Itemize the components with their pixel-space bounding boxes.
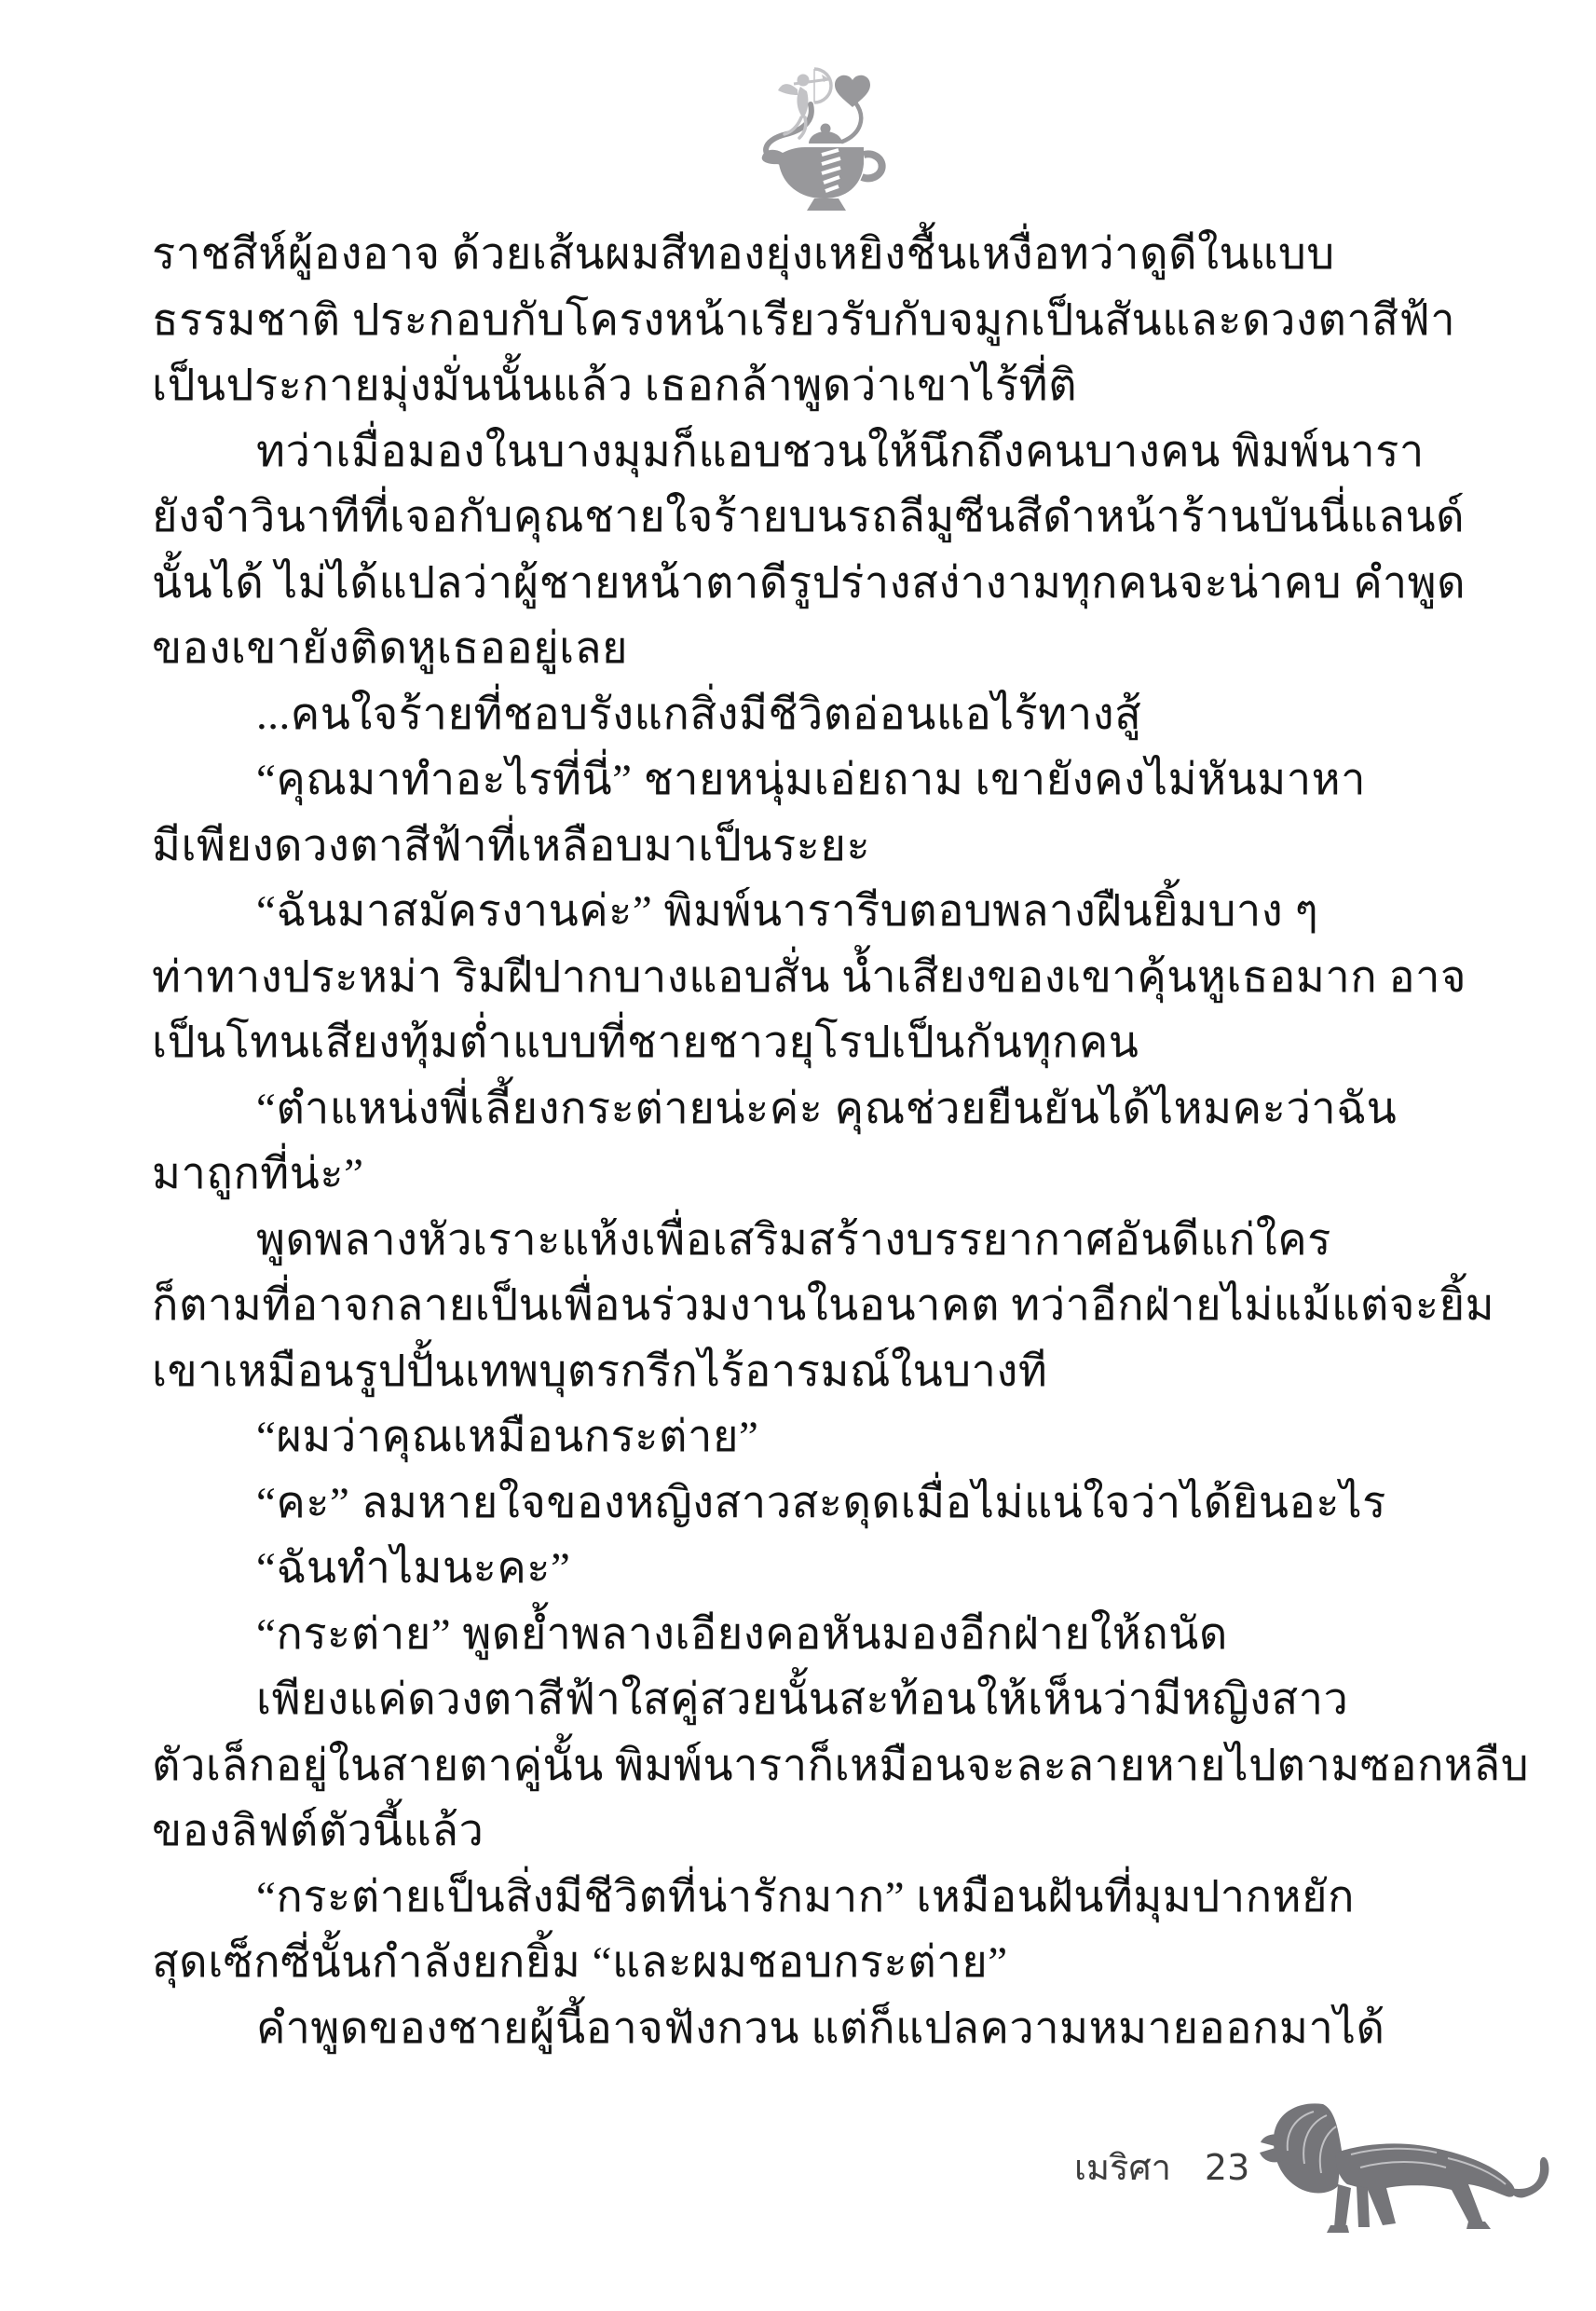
paragraph: “ผมว่าคุณเหมือนกระต่าย” xyxy=(152,1404,1458,1470)
text-line: ...คนใจร้ายที่ชอบรังแกสิ่งมีชีวิตอ่อนแอไ… xyxy=(152,682,1458,748)
text-line: สุดเซ็กซี่นั้นกำลังยกยิ้ม “และผมชอบกระต่… xyxy=(152,1930,1458,1996)
paragraph: “ฉันทำไมนะคะ” xyxy=(152,1536,1458,1602)
text-line: เขาเหมือนรูปปั้นเทพบุตรกรีกไร้อารมณ์ในบา… xyxy=(152,1339,1458,1405)
paragraph: พูดพลางหัวเราะแห้งเพื่อเสริมสร้างบรรยากา… xyxy=(152,1208,1458,1405)
paragraph: “กระต่าย” พูดย้ำพลางเอียงคอหันมองอีกฝ่าย… xyxy=(152,1602,1458,1668)
text-line: ของเขายังติดหูเธออยู่เลย xyxy=(152,616,1458,682)
book-page: ราชสีห์ผู้องอาจ ด้วยเส้นผมสีทองยุ่งเหยิง… xyxy=(0,0,1596,2311)
text-line: “ตำแหน่งพี่เลี้ยงกระต่ายน่ะค่ะ คุณช่วยยื… xyxy=(152,1076,1458,1142)
text-line: คำพูดของชายผู้นี้อาจฟังกวน แต่ก็แปลความห… xyxy=(152,1996,1458,2062)
text-line: เพียงแค่ดวงตาสีฟ้าใสคู่สวยนั้นสะท้อนให้เ… xyxy=(152,1667,1458,1733)
paragraph: “กระต่ายเป็นสิ่งมีชีวิตที่น่ารักมาก” เหม… xyxy=(152,1865,1458,1996)
text-line: “กระต่าย” พูดย้ำพลางเอียงคอหันมองอีกฝ่าย… xyxy=(152,1602,1458,1668)
paragraph: “ฉันมาสมัครงานค่ะ” พิมพ์นารารีบตอบพลางฝื… xyxy=(152,879,1458,1076)
text-line: ก็ตามที่อาจกลายเป็นเพื่อนร่วมงานในอนาคต … xyxy=(152,1273,1458,1339)
text-line: “ฉันทำไมนะคะ” xyxy=(152,1536,1458,1602)
text-line: “คุณมาทำอะไรที่นี่” ชายหนุ่มเอ่ยถาม เขาย… xyxy=(152,747,1458,814)
genie-lamp-icon xyxy=(743,58,893,221)
paragraph: เพียงแค่ดวงตาสีฟ้าใสคู่สวยนั้นสะท้อนให้เ… xyxy=(152,1667,1458,1865)
text-line: มีเพียงดวงตาสีฟ้าที่เหลือบมาเป็นระยะ xyxy=(152,814,1458,880)
text-line: “กระต่ายเป็นสิ่งมีชีวิตที่น่ารักมาก” เหม… xyxy=(152,1865,1458,1931)
paragraph: ...คนใจร้ายที่ชอบรังแกสิ่งมีชีวิตอ่อนแอไ… xyxy=(152,682,1458,748)
page-number: 23 xyxy=(1205,2147,1249,2188)
text-line: มาถูกที่น่ะ” xyxy=(152,1142,1458,1208)
paragraph: คำพูดของชายผู้นี้อาจฟังกวน แต่ก็แปลความห… xyxy=(152,1996,1458,2062)
text-line: นั้นได้ ไม่ได้แปลว่าผู้ชายหน้าตาดีรูปร่า… xyxy=(152,551,1458,617)
text-line: “ผมว่าคุณเหมือนกระต่าย” xyxy=(152,1404,1458,1470)
paragraph: ทว่าเมื่อมองในบางมุมก็แอบชวนให้นึกถึงคนบ… xyxy=(152,419,1458,682)
text-line: ทว่าเมื่อมองในบางมุมก็แอบชวนให้นึกถึงคนบ… xyxy=(152,419,1458,485)
text-line: ราชสีห์ผู้องอาจ ด้วยเส้นผมสีทองยุ่งเหยิง… xyxy=(152,222,1458,288)
text-line: “ฉันมาสมัครงานค่ะ” พิมพ์นารารีบตอบพลางฝื… xyxy=(152,879,1458,945)
text-line: พูดพลางหัวเราะแห้งเพื่อเสริมสร้างบรรยากา… xyxy=(152,1208,1458,1274)
book-title: เมริศา xyxy=(1074,2139,1171,2195)
text-line: ท่าทางประหม่า ริมฝีปากบางแอบสั่น น้ำเสีย… xyxy=(152,945,1458,1011)
text-line: ของลิฟต์ตัวนี้แล้ว xyxy=(152,1798,1458,1865)
text-line: “คะ” ลมหายใจของหญิงสาวสะดุดเมื่อไม่แน่ใจ… xyxy=(152,1470,1458,1537)
text-line: ตัวเล็กอยู่ในสายตาคู่นั้น พิมพ์นาราก็เหม… xyxy=(152,1733,1458,1799)
lion-icon xyxy=(1248,2099,1556,2248)
paragraph: “ตำแหน่งพี่เลี้ยงกระต่ายน่ะค่ะ คุณช่วยยื… xyxy=(152,1076,1458,1208)
text-line: ยังจำวินาทีที่เจอกับคุณชายใจร้ายบนรถลีมู… xyxy=(152,485,1458,551)
paragraph: “คะ” ลมหายใจของหญิงสาวสะดุดเมื่อไม่แน่ใจ… xyxy=(152,1470,1458,1537)
page-footer: เมริศา 23 xyxy=(1074,2139,1249,2195)
text-line: ธรรมชาติ ประกอบกับโครงหน้าเรียวรับกับจมู… xyxy=(152,288,1458,354)
text-line: เป็นโทนเสียงทุ้มต่ำแบบที่ชายชาวยุโรปเป็น… xyxy=(152,1010,1458,1076)
lion-ornament xyxy=(1248,2099,1556,2248)
heart-icon xyxy=(835,75,870,107)
text-block: ราชสีห์ผู้องอาจ ด้วยเส้นผมสีทองยุ่งเหยิง… xyxy=(152,222,1458,2061)
paragraph: “คุณมาทำอะไรที่นี่” ชายหนุ่มเอ่ยถาม เขาย… xyxy=(152,747,1458,879)
paragraph: ราชสีห์ผู้องอาจ ด้วยเส้นผมสีทองยุ่งเหยิง… xyxy=(152,222,1458,419)
text-line: เป็นประกายมุ่งมั่นนั้นแล้ว เธอกล้าพูดว่า… xyxy=(152,353,1458,419)
genie-lamp-ornament xyxy=(743,58,893,221)
